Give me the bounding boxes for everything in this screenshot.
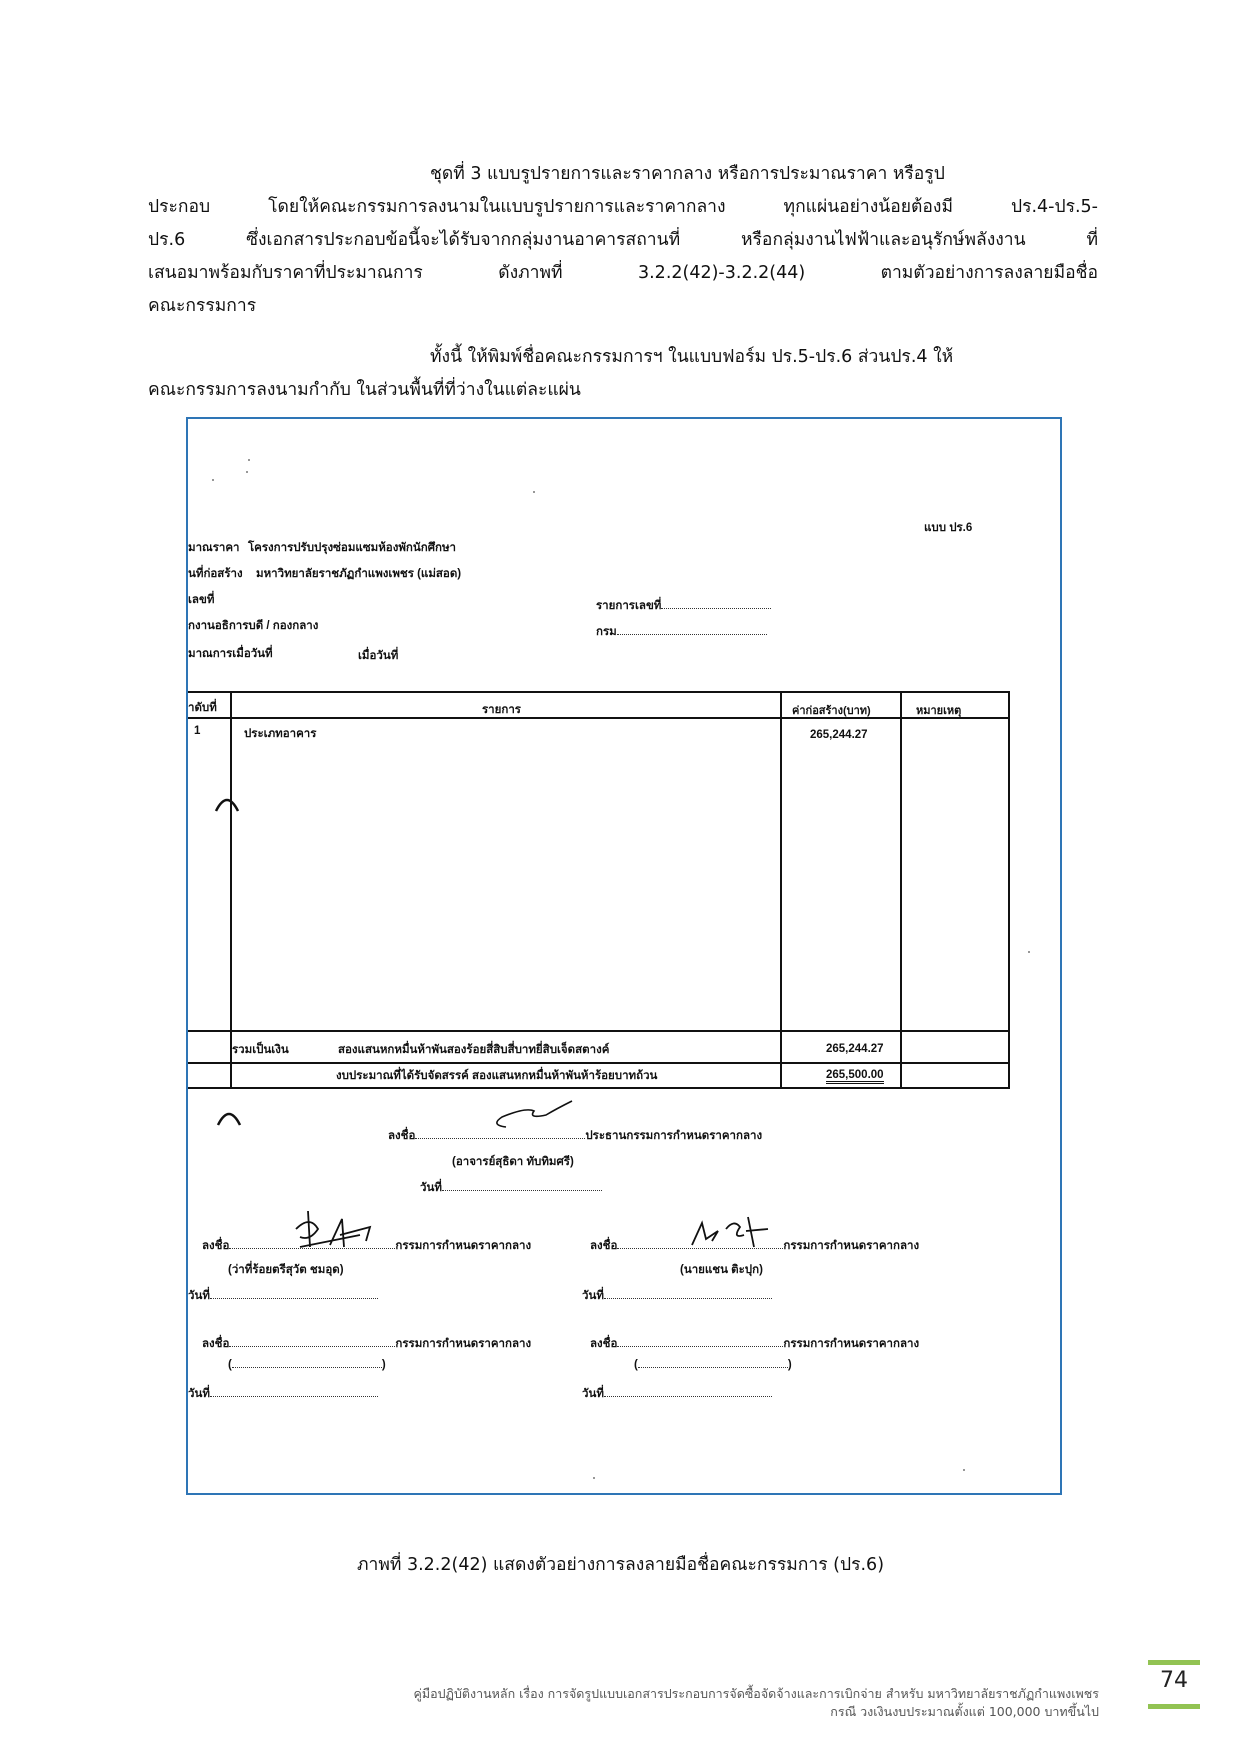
name-blank — [638, 1367, 788, 1368]
paren-close: ) — [382, 1359, 386, 1371]
sign-blank — [229, 1248, 395, 1249]
page-number: 74 — [1148, 1668, 1200, 1693]
member3-sign-line: ลงชื่อกรรมการกำหนดราคากลาง — [202, 1335, 531, 1353]
chair-date-line: วันที่ — [420, 1179, 602, 1197]
date-label: วันที่ — [188, 1290, 210, 1302]
para1-line5: คณะกรรมการ — [148, 290, 1098, 323]
date-label: วันที่ — [582, 1290, 604, 1302]
project-value: โครงการปรับปรุงซ่อมแซมห้องพักนักศึกษา — [248, 539, 456, 557]
date-blank — [210, 1298, 378, 1299]
sign-label: ลงชื่อ — [388, 1130, 415, 1142]
table-col-divider — [1008, 691, 1010, 1089]
form-code: แบบ ปร.6 — [924, 519, 972, 537]
paragraph-note: ทั้งนี้ ให้พิมพ์ชื่อคณะกรรมการฯ ในแบบฟอร… — [148, 341, 1098, 407]
para2-line1: ทั้งนี้ ให้พิมพ์ชื่อคณะกรรมการฯ ในแบบฟอร… — [148, 341, 1098, 374]
scan-speck — [212, 479, 214, 481]
chair-role: ประธานกรรมการกำหนดราคากลาง — [585, 1130, 762, 1142]
member1-sign-line: ลงชื่อกรรมการกำหนดราคากลาง — [202, 1237, 531, 1255]
budget-value: 265,500.00 — [826, 1069, 884, 1084]
sign-label: ลงชื่อ — [202, 1240, 229, 1252]
paren-close: ) — [788, 1359, 792, 1371]
para1-line1: ชุดที่ 3 แบบรูปรายการและราคากลาง หรือการ… — [148, 158, 1098, 191]
item-number-blank — [661, 608, 771, 609]
date-blank — [604, 1396, 772, 1397]
scan-speck — [593, 1477, 595, 1479]
table-top-rule — [188, 691, 1008, 693]
page-footer: คู่มือปฏิบัติงานหลัก เรื่อง การจัดรูปแบบ… — [414, 1685, 1099, 1721]
budget-text: งบประมาณที่ได้รับจัดสรรค์ สองแสนหกหมื่นห… — [336, 1067, 657, 1085]
member-role: กรรมการกำหนดราคากลาง — [783, 1240, 919, 1252]
chair-name: (อาจารย์สุธิดา ทับทิมศรี) — [452, 1153, 574, 1171]
paren-open: ( — [228, 1359, 232, 1371]
total-label: รวมเป็นเงิน — [232, 1041, 289, 1059]
footer-line1: คู่มือปฏิบัติงานหลัก เรื่อง การจัดรูปแบบ… — [414, 1685, 1099, 1703]
table-total-rule — [188, 1030, 1008, 1032]
table-bottom-rule — [188, 1087, 1008, 1089]
total-words: สองแสนหกหมื่นห้าพันสองร้อยสี่สิบสี่บาทยี… — [338, 1041, 609, 1059]
date-label: วันที่ — [582, 1388, 604, 1400]
chair-sign-line: ลงชื่อประธานกรรมการกำหนดราคากลาง — [388, 1127, 762, 1145]
member3-name-blank: () — [228, 1359, 386, 1371]
member-role: กรรมการกำหนดราคากลาง — [395, 1338, 531, 1350]
page-number-top-bar — [1148, 1660, 1200, 1665]
col-header-note: หมายเหตุ — [916, 701, 961, 719]
scan-speck — [1028, 951, 1030, 953]
para2-line2: คณะกรรมการลงนามกำกับ ในส่วนพื้นที่ที่ว่า… — [148, 374, 1098, 407]
site-value: มหาวิทยาลัยราชภัฏกำแพงเพชร (แม่สอด) — [256, 565, 461, 583]
department-label: กรม — [596, 626, 617, 638]
date-blank — [604, 1298, 772, 1299]
member4-name-blank: () — [634, 1359, 792, 1371]
footer-line2: กรณี วงเงินงบประมาณตั้งแต่ 100,000 บาทขึ… — [414, 1703, 1099, 1721]
col-header-item: รายการ — [482, 701, 521, 719]
scan-speck — [533, 491, 535, 493]
date-label: วันที่ — [420, 1182, 442, 1194]
sign-blank — [617, 1248, 783, 1249]
para1-line4: เสนอมาพร้อมกับราคาที่ประมาณการ ดังภาพที่… — [148, 257, 1098, 290]
para1-line2: ประกอบ โดยให้คณะกรรมการลงนามในแบบรูปรายก… — [148, 191, 1098, 224]
member4-sign-line: ลงชื่อกรรมการกำหนดราคากลาง — [590, 1335, 919, 1353]
member-role: กรรมการกำหนดราคากลาง — [783, 1338, 919, 1350]
member2-sign-line: ลงชื่อกรรมการกำหนดราคากลาง — [590, 1237, 919, 1255]
project-label: มาณราคา — [188, 539, 240, 557]
member2-name: (นายแชน ติะปุก) — [680, 1261, 763, 1279]
para1-line3: ปร.6 ซึ่งเอกสารประกอบข้อนี้จะได้รับจากกล… — [148, 224, 1098, 257]
member-role: กรรมการกำหนดราคากลาง — [395, 1240, 531, 1252]
member4-date-line: วันที่ — [582, 1385, 772, 1403]
sign-label: ลงชื่อ — [590, 1338, 617, 1350]
paren-open: ( — [634, 1359, 638, 1371]
member2-date-line: วันที่ — [582, 1287, 772, 1305]
sign-blank — [415, 1138, 585, 1139]
scan-speck — [248, 459, 250, 461]
page-number-bottom-bar — [1148, 1704, 1200, 1709]
estimate-date-label: มาณการเมื่อวันที่ — [188, 645, 273, 663]
row-item: ประเภทอาคาร — [244, 725, 316, 743]
figure-frame: แบบ ปร.6 มาณราคา โครงการปรับปรุงซ่อมแซมห… — [186, 417, 1062, 1495]
item-number-label: รายการเลขที่ — [596, 600, 661, 612]
total-value: 265,244.27 — [826, 1043, 884, 1055]
row-cost: 265,244.27 — [810, 729, 868, 741]
date-blank — [442, 1190, 602, 1191]
col-header-no: าดับที่ — [188, 699, 217, 717]
col-header-cost: ค่าก่อสร้าง(บาท) — [792, 701, 871, 719]
item-number-field: รายการเลขที่ — [596, 597, 771, 615]
scan-speck — [963, 1469, 965, 1471]
date-label: เมื่อวันที่ — [358, 647, 398, 665]
member3-date-line: วันที่ — [188, 1385, 378, 1403]
division-label: กงานอธิการบดี / กองกลาง — [188, 617, 318, 635]
number-label: เลขที่ — [188, 591, 214, 609]
sign-label: ลงชื่อ — [202, 1338, 229, 1350]
table-header-rule — [188, 717, 1008, 719]
member1-name: (ว่าที่ร้อยตรีสุวัต ชมอุด) — [228, 1261, 344, 1279]
paragraph-set-3: ชุดที่ 3 แบบรูปรายการและราคากลาง หรือการ… — [148, 158, 1098, 323]
sign-blank — [229, 1346, 395, 1347]
name-blank — [232, 1367, 382, 1368]
member1-date-line: วันที่ — [188, 1287, 378, 1305]
date-label: วันที่ — [188, 1388, 210, 1400]
site-label: นที่ก่อสร้าง — [188, 565, 243, 583]
table-budget-rule — [188, 1062, 1008, 1064]
binder-hole-mark — [214, 795, 240, 817]
sign-blank — [617, 1346, 783, 1347]
binder-hole-mark — [216, 1109, 242, 1131]
row-no: 1 — [194, 725, 200, 737]
department-field: กรม — [596, 623, 767, 641]
scan-speck — [246, 471, 248, 473]
department-blank — [617, 634, 767, 635]
sign-label: ลงชื่อ — [590, 1240, 617, 1252]
date-blank — [210, 1396, 378, 1397]
figure-caption: ภาพที่ 3.2.2(42) แสดงตัวอย่างการลงลายมือ… — [0, 1550, 1241, 1578]
